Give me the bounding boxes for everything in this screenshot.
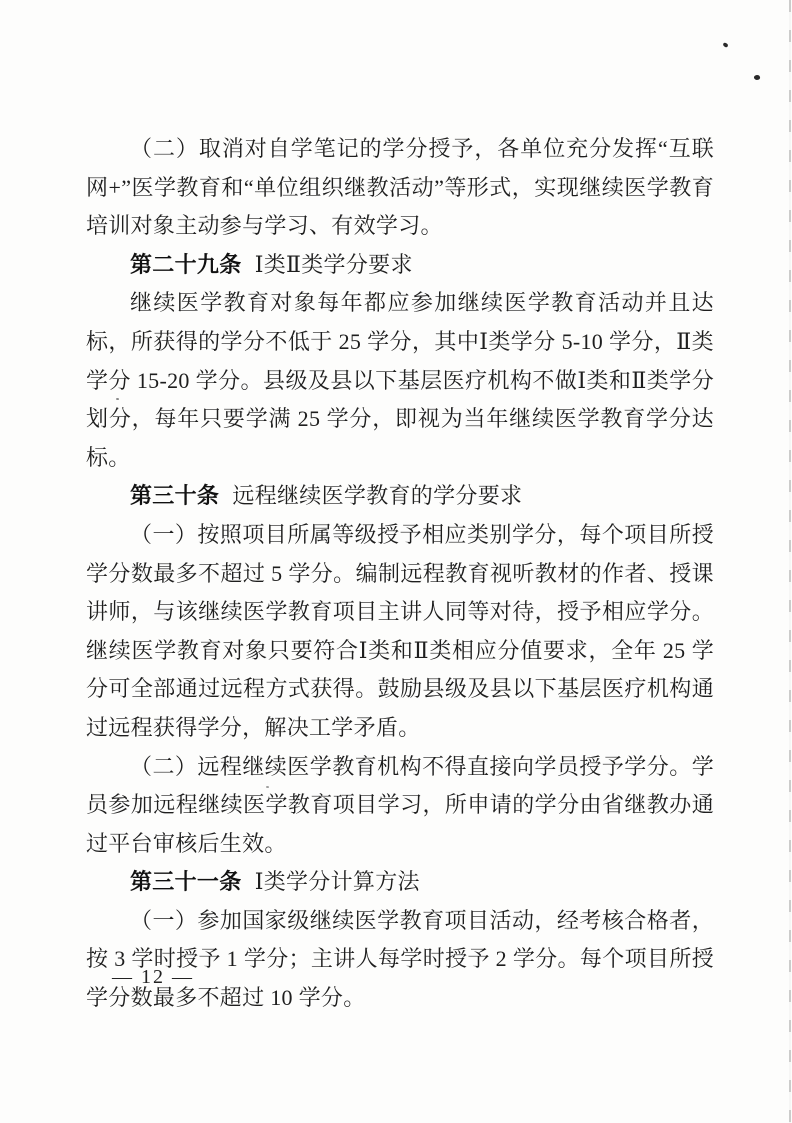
article-number: 第三十条 <box>130 483 219 508</box>
page-number: — 12 — <box>112 964 194 990</box>
paragraph: 继续医学教育对象每年都应参加继续医学教育活动并且达标，所获得的学分不低于 25 … <box>86 284 714 477</box>
paragraph: （二）取消对自学笔记的学分授予，各单位充分发挥“互联网+”医学教育和“单位组织继… <box>86 130 714 246</box>
article-heading: 第二十九条Ⅰ类Ⅱ类学分要求 <box>86 246 714 285</box>
article-title: Ⅰ类学分计算方法 <box>255 869 420 894</box>
scan-speck <box>722 42 728 47</box>
document-body: （二）取消对自学笔记的学分授予，各单位充分发挥“互联网+”医学教育和“单位组织继… <box>86 130 714 1018</box>
article-number: 第三十一条 <box>130 869 242 894</box>
scanned-document-page: （二）取消对自学笔记的学分授予，各单位充分发挥“互联网+”医学教育和“单位组织继… <box>0 0 792 1123</box>
paragraph: （二）远程继续医学教育机构不得直接向学员授予学分。学员参加远程继续医学教育项目学… <box>86 748 714 864</box>
paragraph: （一）按照项目所属等级授予相应类别学分，每个项目所授学分数最多不超过 5 学分。… <box>86 516 714 748</box>
article-heading: 第三十一条Ⅰ类学分计算方法 <box>86 863 714 902</box>
article-number: 第二十九条 <box>130 252 242 277</box>
article-title: 远程继续医学教育的学分要求 <box>232 483 522 508</box>
paragraph: （一）参加国家级继续医学教育项目活动，经考核合格者，按 3 学时授予 1 学分；… <box>86 902 714 1018</box>
scan-speck <box>753 74 760 80</box>
article-heading: 第三十条远程继续医学教育的学分要求 <box>86 477 714 516</box>
article-title: Ⅰ类Ⅱ类学分要求 <box>255 252 413 277</box>
scan-edge-artifact <box>789 0 791 1123</box>
